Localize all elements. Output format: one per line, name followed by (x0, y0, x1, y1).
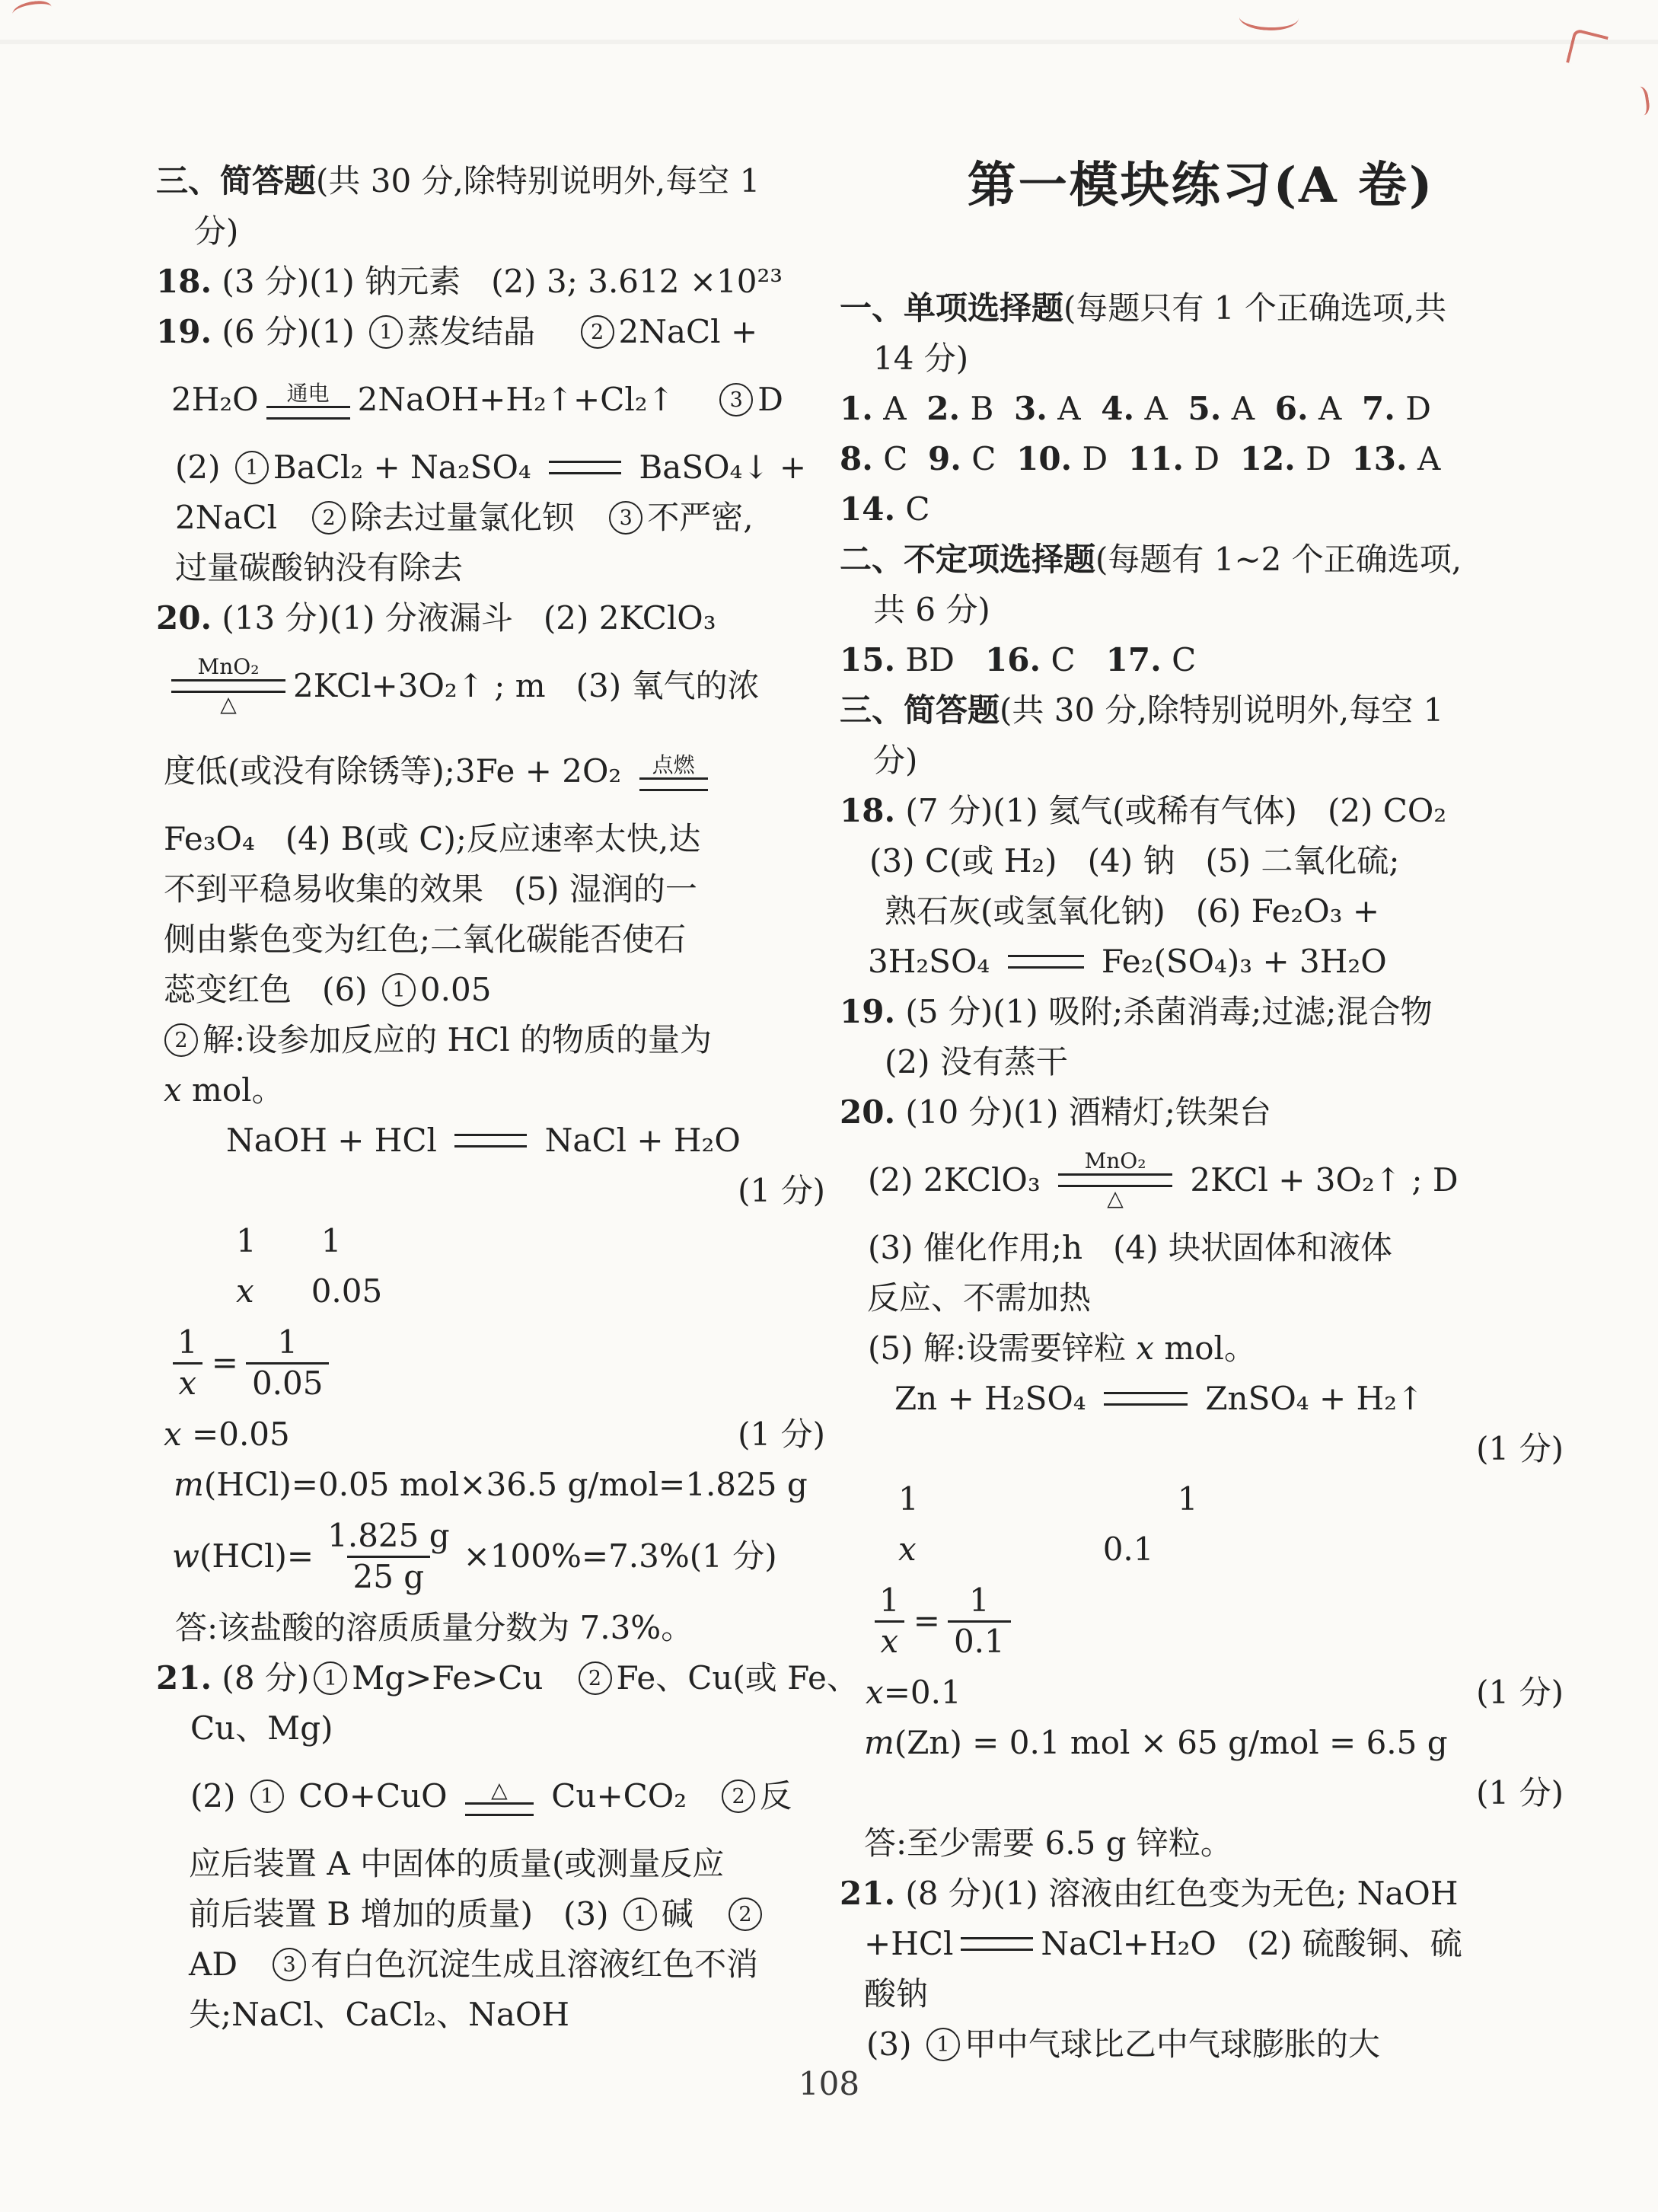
fraction: 10.1 (948, 1582, 1011, 1661)
equals-double-bar (1104, 1392, 1188, 1406)
left-sec3-head: 三、简答题(共 30 分,除特别说明外,每空 1 (145, 156, 830, 206)
red-scan-mark-3 (1566, 28, 1609, 71)
right-q20-result: x=0.1(1 分) (834, 1668, 1568, 1718)
right-sec2-head-cont: 共 6 分) (834, 585, 1568, 635)
text: NaCl + H₂O (534, 1116, 741, 1166)
bold-text: 一、单项选择题 (840, 283, 1063, 334)
right-q20-equation-2: Zn + H₂SO₄ ZnSO₄ + H₂↑ (834, 1374, 1568, 1424)
circled-number: 2 (581, 315, 614, 349)
text: (3) C(或 H₂) (4) 钠 (5) 二氧化硫; (869, 836, 1400, 886)
equals-double-bar (454, 1134, 527, 1147)
bold-text: 二、不定项选择题 (840, 535, 1095, 585)
right-column-lines: 一、单项选择题(每题只有 1 个正确选项,共14 分)1. A 2. B 3. … (834, 283, 1568, 2070)
left-q19-line-4: 过量碳酸钠没有除去 (145, 543, 830, 593)
text: C (961, 434, 1016, 484)
text: +HCl (864, 1919, 953, 1969)
variable-text: x (164, 1065, 182, 1116)
left-q21-line-2: Cu、Mg) (145, 1703, 830, 1754)
right-q20-line-4: (5) 解:设需要锌粒 x mol。 (834, 1323, 1568, 1374)
right-answers-row-3: 14. C (834, 484, 1568, 535)
left-q21-line-3: 应后装置 A 中固体的质量(或测量反应 (145, 1839, 830, 1889)
circled-number: 1 (623, 1898, 657, 1931)
text: CO+CuO (289, 1771, 458, 1821)
text: C (895, 484, 930, 535)
text: (6 分)(1) (212, 307, 365, 357)
text: D (1296, 434, 1352, 484)
bold-text: 21. (156, 1653, 212, 1703)
fraction-denominator: 0.1 (948, 1620, 1011, 1661)
right-column: 第一模块练习(A 卷) 一、单项选择题(每题只有 1 个正确选项,共14 分)1… (834, 143, 1568, 2070)
text: Fe₃O₄ (4) B(或 C);反应速率太快,达 (164, 814, 700, 864)
bold-text: 11. (1128, 434, 1184, 484)
left-q20-mass: m(HCl)=0.05 mol×36.5 g/mol=1.825 g (145, 1460, 830, 1510)
text: ZnSO₄ + H₂↑ (1195, 1374, 1424, 1424)
variable-text: x (164, 1409, 182, 1460)
text: (1 分) (1476, 1768, 1564, 1818)
bold-text: 7. (1362, 384, 1395, 434)
left-q20-fraction-eq: 1x=10.05 (145, 1317, 830, 1409)
text: (7 分)(1) 氦气(或稀有气体) (2) CO₂ (895, 786, 1446, 836)
text: C (1041, 635, 1106, 685)
fraction: 1.825 g25 g (321, 1517, 455, 1596)
text: 共 6 分) (873, 585, 990, 635)
text: (1 分) (1476, 1424, 1564, 1474)
text: 不严密, (647, 493, 753, 543)
text: (2) 2KClO₃ (868, 1155, 1051, 1205)
text: 分) (873, 736, 917, 786)
circled-number: 3 (273, 1948, 306, 1981)
right-q19-line-2: (2) 没有蒸干 (834, 1037, 1568, 1087)
circled-number: 1 (235, 451, 269, 484)
text: BaCl₂ + Na₂SO₄ (273, 442, 541, 493)
bold-text: 2. (926, 384, 960, 434)
text: ×100%=7.3%(1 分) (464, 1531, 777, 1582)
text: mol。 (1154, 1323, 1256, 1374)
left-q20-ratio-row-2: x0.05 (145, 1266, 830, 1317)
text: 3H₂SO₄ (868, 937, 1000, 987)
text: (10 分)(1) 酒精灯;铁架台 (895, 1087, 1271, 1138)
circled-number: 1 (382, 973, 416, 1007)
bold-text: 16. (985, 635, 1041, 685)
bold-text: 3. (1014, 384, 1047, 434)
condition-bottom-label: △ (1107, 1187, 1124, 1213)
text: (2) 没有蒸干 (885, 1037, 1068, 1087)
text: (3) (866, 2019, 922, 2070)
right-q20-line-2: (3) 催化作用;h (4) 块状固体和液体 (834, 1223, 1568, 1273)
double-equals-sign (961, 1937, 1033, 1951)
page-number: 108 (0, 2065, 1658, 2102)
right-answers-row-1: 1. A 2. B 3. A 4. A 5. A 6. A 7. D (834, 384, 1568, 434)
left-q20-line-4: 不到平稳易收集的效果 (5) 湿润的一 (145, 864, 830, 914)
left-q20-line-8: x mol。 (145, 1065, 830, 1116)
text: (8 分) (212, 1653, 309, 1703)
text: =0.1 (884, 1668, 961, 1718)
text: 0.05 (311, 1266, 383, 1317)
text: 答:至少需要 6.5 g 锌粒。 (864, 1818, 1232, 1869)
left-q20-answer: 答:该盐酸的溶质质量分数为 7.3%。 (145, 1603, 830, 1653)
bold-text: 5. (1188, 384, 1222, 434)
circled-number: 2 (164, 1023, 198, 1057)
fraction-numerator: 1 (873, 1582, 906, 1620)
right-sec1-head-cont: 14 分) (834, 334, 1568, 384)
text: 反 (760, 1771, 792, 1821)
equals-double-bar (639, 777, 708, 791)
left-q19-equation-1: 2H₂O通电2NaOH+H₂↑+Cl₂↑ 3D (145, 357, 830, 442)
circled-number: 1 (369, 315, 403, 349)
text: Fe₂(SO₄)₃ + 3H₂O (1092, 937, 1387, 987)
fraction-denominator: 25 g (347, 1556, 431, 1596)
equals-double-bar (465, 1802, 534, 1816)
right-q20-score-2: (1 分) (834, 1768, 1568, 1818)
equals-double-bar (1008, 955, 1084, 969)
circled-number: 2 (312, 501, 346, 535)
text: mol。 (182, 1065, 284, 1116)
bold-text: 4. (1101, 384, 1134, 434)
text: NaCl+H₂O (2) 硫酸铜、硫 (1041, 1919, 1462, 1969)
right-sec3-head: 三、简答题(共 30 分,除特别说明外,每空 1 (834, 685, 1568, 736)
bold-text: 20. (156, 593, 212, 643)
variable-text: x (236, 1266, 254, 1317)
text: BaSO₄↓ + (629, 442, 806, 493)
fraction-numerator: 1.825 g (321, 1517, 455, 1555)
left-q20-equation-1: MnO₂△2KCl+3O₂↑ ; m (3) 氧气的浓 (145, 643, 830, 729)
condition-top-label: MnO₂ (198, 653, 260, 679)
right-q21-line-4: (3) 1甲中气球比乙中气球膨胀的大 (834, 2019, 1568, 2070)
text: (2) (190, 1771, 246, 1821)
condition-top-label: MnO₂ (1085, 1147, 1146, 1173)
condition-bottom-label: △ (220, 693, 237, 719)
text: A (873, 384, 926, 434)
text: Mg>Fe>Cu (352, 1653, 573, 1703)
circled-number: 2 (579, 1661, 612, 1695)
left-q20-line-6: 蕊变红色 (6) 10.05 (145, 965, 830, 1015)
text: A (1221, 384, 1274, 434)
text: (2) (175, 442, 231, 493)
text: D (1184, 434, 1240, 484)
double-equals-sign (1008, 955, 1084, 969)
circled-number: 2 (722, 1779, 755, 1813)
fraction-denominator: 0.05 (246, 1362, 330, 1403)
left-q18-line-1: 18. (3 分)(1) 钠元素 (2) 3; 3.612 ×10²³ (145, 257, 830, 307)
variable-text: m (864, 1718, 894, 1768)
left-q21-equation-1: (2) 1 CO+CuO △ Cu+CO₂ 2反 (145, 1754, 830, 1839)
text: =0.05 (182, 1409, 290, 1460)
reaction-condition-equals: MnO₂△ (1058, 1147, 1172, 1213)
text: (3 分)(1) 钠元素 (2) 3; 3.612 ×10²³ (212, 257, 783, 307)
text: (3) 催化作用;h (4) 块状固体和液体 (868, 1223, 1392, 1273)
text: 分) (194, 206, 238, 257)
right-sec1-head: 一、单项选择题(每题只有 1 个正确选项,共 (834, 283, 1568, 334)
variable-text: x (1136, 1323, 1154, 1374)
right-q21-line-1: 21. (8 分)(1) 溶液由红色变为无色; NaOH (834, 1869, 1568, 1919)
circled-number: 3 (719, 383, 753, 417)
text: A (1047, 384, 1101, 434)
double-equals-sign (1104, 1392, 1188, 1406)
text: 2NaCl (175, 493, 308, 543)
text: (5 分)(1) 吸附;杀菌消毒;过滤;混合物 (895, 987, 1433, 1037)
text: 有白色沉淀生成且溶液红色不消 (311, 1939, 758, 1990)
text: 0.1 (1103, 1524, 1154, 1575)
text: (8 分)(1) 溶液由红色变为无色; NaOH (895, 1869, 1458, 1919)
variable-text: x (866, 1668, 884, 1718)
text: 2NaCl + (619, 307, 758, 357)
fraction-denominator: x (875, 1620, 905, 1661)
bold-text: 9. (928, 434, 961, 484)
text: 甲中气球比乙中气球膨胀的大 (965, 2019, 1380, 2070)
text: Cu、Mg) (190, 1703, 333, 1754)
condition-top-label: 通电 (287, 380, 330, 406)
right-q20-score-1: (1 分) (834, 1424, 1568, 1474)
text: (13 分)(1) 分液漏斗 (2) 2KClO₃ (212, 593, 716, 643)
variable-text: w (172, 1531, 199, 1582)
right-q20-equation-1: (2) 2KClO₃ MnO₂△ 2KCl + 3O₂↑ ; D (834, 1138, 1568, 1223)
bold-text: 19. (840, 987, 895, 1037)
scanned-answer-page: 三、简答题(共 30 分,除特别说明外,每空 1分)18. (3 分)(1) 钠… (0, 0, 1658, 2212)
bold-text: 三、简答题 (840, 685, 1000, 736)
text: D (1072, 434, 1128, 484)
text: 熟石灰(或氢氧化钠) (6) Fe₂O₃ + (885, 886, 1379, 937)
text: 度低(或没有除锈等);3Fe + 2O₂ (164, 746, 632, 796)
text: 解:设参加反应的 HCl 的物质的量为 (202, 1015, 712, 1065)
right-q19-line-1: 19. (5 分)(1) 吸附;杀菌消毒;过滤;混合物 (834, 987, 1568, 1037)
text: C (873, 434, 928, 484)
left-q20-ratio-row-1: 11 (145, 1216, 830, 1266)
double-equals-sign (454, 1134, 527, 1147)
text: D (757, 375, 783, 425)
bold-text: 15. (840, 635, 895, 685)
reaction-condition-equals: △ (465, 1776, 534, 1816)
right-q18-line-2: (3) C(或 H₂) (4) 钠 (5) 二氧化硫; (834, 836, 1568, 886)
text: 1 (898, 1474, 919, 1524)
bold-text: 21. (840, 1869, 895, 1919)
bold-text: 20. (840, 1087, 895, 1138)
right-q21-line-2: +HClNaCl+H₂O (2) 硫酸铜、硫 (834, 1919, 1568, 1969)
text: (5) 解:设需要锌粒 (868, 1323, 1136, 1374)
left-q21-line-6: 失;NaCl、CaCl₂、NaOH (145, 1990, 830, 2040)
right-q20-answer: 答:至少需要 6.5 g 锌粒。 (834, 1818, 1568, 1869)
fraction: 10.05 (246, 1323, 330, 1403)
text: 2KCl + 3O₂↑ ; D (1180, 1155, 1459, 1205)
text: 失;NaCl、CaCl₂、NaOH (189, 1990, 569, 2040)
text: 酸钠 (864, 1969, 928, 2019)
bold-text: 19. (156, 307, 212, 357)
module-title: 第一模块练习(A 卷) (834, 146, 1568, 216)
text: 2NaOH+H₂↑+Cl₂↑ (358, 375, 716, 425)
text: Cu+CO₂ (541, 1771, 717, 1821)
text: 蕊变红色 (6) (164, 965, 378, 1015)
text: (1 分) (738, 1166, 825, 1216)
bold-text: 12. (1240, 434, 1296, 484)
bold-text: 6. (1275, 384, 1309, 434)
left-q21-line-5: AD 3有白色沉淀生成且溶液红色不消 (145, 1939, 830, 1990)
text: (共 30 分,除特别说明外,每空 1 (316, 156, 760, 206)
left-q19-line-1: 19. (6 分)(1) 1蒸发结晶 22NaCl + (145, 307, 830, 357)
fraction: 1x (171, 1323, 204, 1403)
text: 2KCl+3O₂↑ ; m (3) 氧气的浓 (293, 661, 760, 711)
left-q21-line-4: 前后装置 B 增加的质量) (3) 1碱 2 (145, 1889, 830, 1939)
text: (每题只有 1 个正确选项,共 (1063, 283, 1446, 334)
text: 侧由紫色变为红色;二氧化碳能否使石 (164, 914, 686, 965)
right-q18-line-3: 熟石灰(或氢氧化钠) (6) Fe₂O₃ + (834, 886, 1568, 937)
text: 碱 (662, 1889, 724, 1939)
text: 前后装置 B 增加的质量) (3) (189, 1889, 619, 1939)
left-q20-line-3: Fe₃O₄ (4) B(或 C);反应速率太快,达 (145, 814, 830, 864)
text: Zn + H₂SO₄ (894, 1374, 1096, 1424)
left-q21-line-1: 21. (8 分)1Mg>Fe>Cu 2Fe、Cu(或 Fe、 (145, 1653, 830, 1703)
score-mark: (1 分) (1476, 1668, 1564, 1718)
right-q20-line-3: 反应、不需加热 (834, 1273, 1568, 1323)
condition-top-label: △ (491, 1776, 508, 1802)
red-scan-mark-2 (1239, 2, 1299, 32)
score-mark: (1 分) (738, 1409, 825, 1460)
bold-text: 1. (840, 384, 873, 434)
text: 反应、不需加热 (867, 1273, 1091, 1323)
bold-text: 18. (840, 786, 895, 836)
circled-number: 1 (926, 2028, 960, 2061)
circled-number: 3 (609, 501, 642, 535)
reaction-condition-equals: MnO₂△ (171, 653, 285, 719)
red-scan-mark-1 (11, 0, 53, 22)
text: 过量碳酸钠没有除去 (175, 543, 463, 593)
equals-double-bar (961, 1937, 1033, 1951)
text: 不到平稳易收集的效果 (5) 湿润的一 (164, 864, 697, 914)
text: D (1395, 384, 1431, 434)
text: A (1134, 384, 1188, 434)
bold-text: 三、简答题 (156, 156, 316, 206)
text: NaOH + HCl (226, 1116, 447, 1166)
left-q20-line-1: 20. (13 分)(1) 分液漏斗 (2) 2KClO₃ (145, 593, 830, 643)
right-q21-line-3: 酸钠 (834, 1969, 1568, 2019)
fraction-numerator: 1 (171, 1323, 204, 1361)
text: A (1309, 384, 1362, 434)
left-q20-line-7: 2解:设参加反应的 HCl 的物质的量为 (145, 1015, 830, 1065)
condition-top-label: 点燃 (652, 752, 695, 777)
fraction-denominator: x (173, 1362, 203, 1403)
text: 1 (236, 1216, 257, 1266)
right-q18-line-4: 3H₂SO₄ Fe₂(SO₄)₃ + 3H₂O (834, 937, 1568, 987)
circled-number: 1 (250, 1779, 284, 1813)
text: A (1408, 434, 1441, 484)
right-q20-ratio-row-1: 11 (834, 1474, 1568, 1524)
equals-double-bar (266, 406, 350, 420)
left-q20-line-2: 度低(或没有除锈等);3Fe + 2O₂ 点燃 (145, 729, 830, 814)
text: 应后装置 A 中固体的质量(或测量反应 (189, 1839, 724, 1889)
text: 14 分) (873, 334, 968, 384)
bold-text: 8. (840, 434, 873, 484)
bold-text: 14. (840, 484, 895, 535)
text: C (1162, 635, 1197, 685)
red-scan-mark-4 (1628, 86, 1650, 117)
equals-double-bar (549, 461, 621, 474)
right-q20-line-1: 20. (10 分)(1) 酒精灯;铁架台 (834, 1087, 1568, 1138)
fraction-numerator: 1 (271, 1323, 304, 1361)
left-column: 三、简答题(共 30 分,除特别说明外,每空 1分)18. (3 分)(1) 钠… (145, 156, 830, 2040)
variable-text: x (898, 1524, 917, 1575)
left-q19-line-2: (2) 1BaCl₂ + Na₂SO₄ BaSO₄↓ + (145, 442, 830, 493)
text: = (212, 1338, 238, 1388)
left-q20-result: x =0.05(1 分) (145, 1409, 830, 1460)
text: (HCl)=0.05 mol×36.5 g/mol=1.825 g (204, 1460, 808, 1510)
fraction: 1x (873, 1582, 906, 1661)
double-equals-sign (549, 461, 621, 474)
text: BD (895, 635, 985, 685)
right-answers-row-4: 15. BD 16. C 17. C (834, 635, 1568, 685)
text: 1 (321, 1216, 342, 1266)
reaction-condition-equals: 通电 (266, 380, 350, 420)
left-q20-fraction-w: w(HCl)=1.825 g25 g×100%=7.3%(1 分) (145, 1510, 830, 1603)
left-q20-line-5: 侧由紫色变为红色;二氧化碳能否使石 (145, 914, 830, 965)
bold-text: 17. (1106, 635, 1162, 685)
text: (共 30 分,除特别说明外,每空 1 (1000, 685, 1443, 736)
text: B (960, 384, 1014, 434)
circled-number: 1 (314, 1661, 347, 1695)
right-q20-ratio-row-2: x0.1 (834, 1524, 1568, 1575)
right-q20-mass: m(Zn) = 0.1 mol × 65 g/mol = 6.5 g (834, 1718, 1568, 1768)
text: 蒸发结晶 (407, 307, 576, 357)
text: 答:该盐酸的溶质质量分数为 7.3%。 (175, 1603, 693, 1653)
bold-text: 10. (1016, 434, 1072, 484)
text: AD (189, 1939, 268, 1990)
circled-number: 2 (729, 1898, 762, 1931)
text: 1 (1178, 1474, 1198, 1524)
left-sec3-head-cont: 分) (145, 206, 830, 257)
fraction-numerator: 1 (963, 1582, 996, 1620)
left-q20-score-1: (1 分) (145, 1166, 830, 1216)
right-answers-row-2: 8. C 9. C 10. D 11. D 12. D 13. A (834, 434, 1568, 484)
right-q20-fraction-eq: 1x=10.1 (834, 1575, 1568, 1668)
right-sec3-head-cont: 分) (834, 736, 1568, 786)
text: 0.05 (420, 965, 492, 1015)
bold-text: 18. (156, 257, 212, 307)
left-q20-equation-2: NaOH + HCl NaCl + H₂O (145, 1116, 830, 1166)
right-q18-line-1: 18. (7 分)(1) 氦气(或稀有气体) (2) CO₂ (834, 786, 1568, 836)
bold-text: 13. (1352, 434, 1408, 484)
text: (每题有 1~2 个正确选项, (1095, 535, 1462, 585)
text: = (913, 1596, 940, 1646)
text: (HCl)= (199, 1531, 314, 1582)
reaction-condition-equals: 点燃 (639, 752, 708, 791)
right-sec2-head: 二、不定项选择题(每题有 1~2 个正确选项, (834, 535, 1568, 585)
left-q19-line-3: 2NaCl 2除去过量氯化钡 3不严密, (145, 493, 830, 543)
text: 2H₂O (171, 375, 259, 425)
text: 除去过量氯化钡 (350, 493, 604, 543)
text: (Zn) = 0.1 mol × 65 g/mol = 6.5 g (894, 1718, 1448, 1768)
variable-text: m (174, 1460, 204, 1510)
text: Fe、Cu(或 Fe、 (617, 1653, 859, 1703)
